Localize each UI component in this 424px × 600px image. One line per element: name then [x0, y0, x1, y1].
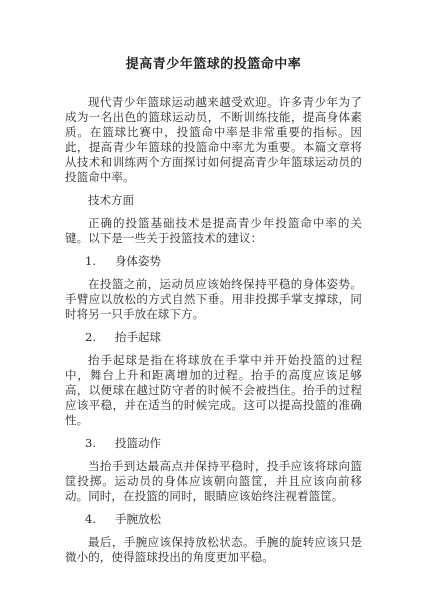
item-body: 在投篮之前，运动员应该始终保持平稳的身体姿势。手臂应以放松的方式自然下垂。用非投… [65, 277, 362, 322]
item-heading-label: 身体姿势 [115, 254, 161, 268]
item-heading-label: 投篮动作 [115, 436, 161, 450]
item-body: 最后，手腕应该保持放松状态。手腕的旋转应该只是微小的，使得篮球投出的角度更加平稳… [65, 535, 362, 565]
item-body: 当抬手到达最高点并保持平稳时，投手应该将球向篮筐投掷。运动员的身体应该朝向篮筐，… [65, 459, 362, 504]
item-heading-label: 抬手起球 [115, 330, 161, 344]
document-title: 提高青少年篮球的投篮命中率 [65, 56, 362, 72]
document-page: 提高青少年篮球的投篮命中率 现代青少年篮球运动越来越受欢迎。许多青少年为了成为一… [0, 0, 424, 600]
intro-paragraph: 现代青少年篮球运动越来越受欢迎。许多青少年为了成为一名出色的篮球运动员，不断训练… [65, 95, 362, 185]
item-heading: 4.手腕放松 [65, 512, 362, 527]
list-item-2: 2.抬手起球 抬手起球是指在将球放在手掌中并开始投篮的过程中，舞台上升和距离增加… [65, 330, 362, 428]
item-body: 抬手起球是指在将球放在手掌中并开始投篮的过程中，舞台上升和距离增加的过程。抬手的… [65, 353, 362, 428]
item-heading: 2.抬手起球 [65, 330, 362, 345]
list-item-3: 3.投篮动作 当抬手到达最高点并保持平稳时，投手应该将球向篮筐投掷。运动员的身体… [65, 436, 362, 504]
section-heading-technique: 技术方面 [65, 193, 362, 208]
section-intro-paragraph: 正确的投篮基础技术是提高青少年投篮命中率的关键。以下是一些关于投篮技术的建议： [65, 216, 362, 246]
item-heading: 1.身体姿势 [65, 254, 362, 269]
item-number: 4. [85, 512, 115, 527]
item-number: 2. [85, 330, 115, 345]
list-item-1: 1.身体姿势 在投篮之前，运动员应该始终保持平稳的身体姿势。手臂应以放松的方式自… [65, 254, 362, 322]
list-item-4: 4.手腕放松 最后，手腕应该保持放松状态。手腕的旋转应该只是微小的，使得篮球投出… [65, 512, 362, 565]
item-heading: 3.投篮动作 [65, 436, 362, 451]
item-number: 1. [85, 254, 115, 269]
item-heading-label: 手腕放松 [115, 512, 161, 526]
item-number: 3. [85, 436, 115, 451]
